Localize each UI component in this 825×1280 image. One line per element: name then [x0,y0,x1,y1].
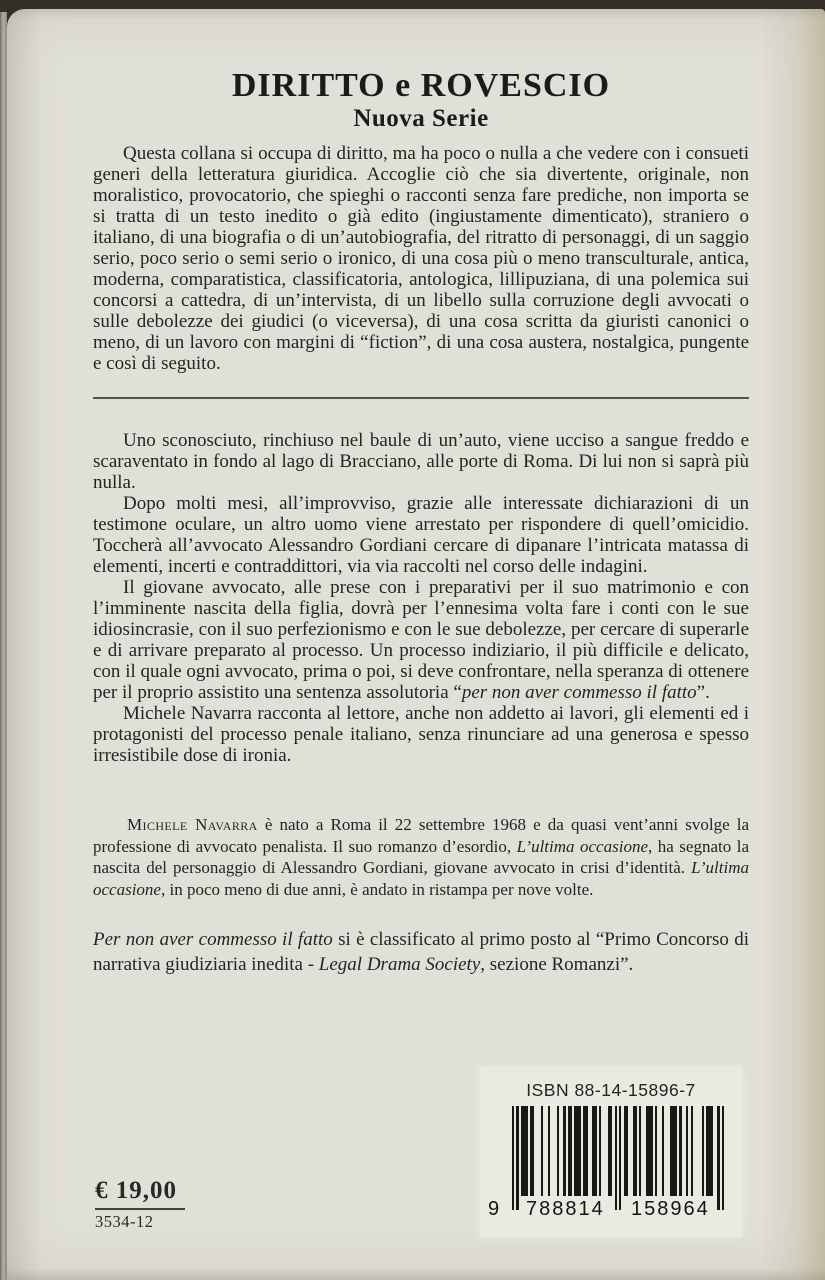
barcode-bar [679,1106,681,1196]
barcode-bar [619,1106,621,1210]
series-header: DIRITTO e ROVESCIO Nuova Serie [93,68,749,134]
award-note: Per non aver commesso il fatto si è clas… [93,927,749,977]
barcode-bar [548,1106,550,1196]
barcode-bar [670,1106,677,1196]
book-back-cover: DIRITTO e ROVESCIO Nuova Serie Questa co… [7,9,825,1280]
barcode-digits-left: 788814 [524,1198,607,1221]
barcode-bar [541,1106,543,1196]
barcode-digits-right: 158964 [629,1198,712,1221]
barcode-bar [530,1106,534,1196]
award-text-2: , sezione Romanzi”. [480,954,633,975]
award-book-title: Per non aver commesso il fatto [93,929,333,950]
author-name: Michele Navarra [127,815,258,834]
author-bio: Michele Navarra è nato a Roma il 22 sett… [93,814,749,901]
series-blurb-paragraph: Questa collana si occupa di diritto, ma … [93,143,749,374]
series-subtitle: Nuova Serie [93,104,749,134]
barcode-bar [608,1106,612,1196]
barcode-bar [574,1106,581,1196]
barcode-bar [599,1106,601,1196]
price: € 19,00 [95,1178,185,1204]
award-contest-name: Legal Drama Society [319,954,480,975]
barcode-digits: 9 788814 158964 [512,1196,724,1224]
bio-book-title-1: L’ultima occasione [517,837,648,856]
barcode-bar [662,1106,664,1196]
barcode-bar [706,1106,713,1196]
synopsis-paragraph-3: Il giovane avvocato, alle prese con i pr… [93,577,749,703]
series-title: DIRITTO e ROVESCIO [93,68,749,104]
barcode-bar [686,1106,688,1196]
divider-rule [93,397,749,399]
bio-text-3: , in poco meno di due anni, è andato in … [161,880,593,899]
series-blurb: Questa collana si occupa di diritto, ma … [93,143,749,374]
isbn-label: ISBN 88-14-15896-7 [480,1080,742,1101]
price-rule [95,1208,185,1210]
barcode-bar [633,1106,637,1196]
print-code: 3534-12 [95,1212,185,1232]
barcode-bar [655,1106,657,1196]
barcode-bar [557,1106,559,1196]
barcode-bar [583,1106,587,1196]
isbn-barcode-block: ISBN 88-14-15896-7 9 788814 158964 [480,1067,742,1237]
synopsis-paragraph-1: Uno sconosciuto, rinchiuso nel baule di … [93,430,749,493]
book-photo: DIRITTO e ROVESCIO Nuova Serie Questa co… [0,0,825,1280]
synopsis-paragraph-2: Dopo molti mesi, all’improvviso, grazie … [93,493,749,577]
barcode-bar [646,1106,653,1196]
barcode-bar [691,1106,693,1196]
price-block: € 19,00 3534-12 [95,1178,185,1232]
barcode-bar [702,1106,704,1196]
barcode-bar [512,1106,514,1210]
barcode-digit-lead: 9 [488,1198,499,1221]
synopsis-p3-closing: ”. [697,682,710,703]
barcode-bars: 9 788814 158964 [512,1106,724,1212]
barcode-bar [624,1106,628,1196]
barcode-bar [592,1106,596,1196]
barcode-bar [639,1106,641,1196]
barcode-bar [563,1106,565,1196]
barcode-bar [615,1106,617,1210]
synopsis-paragraph-4: Michele Navarra racconta al lettore, anc… [93,703,749,766]
barcode-bar [568,1106,572,1196]
synopsis: Uno sconosciuto, rinchiuso nel baule di … [93,430,749,766]
barcode-bar [722,1106,724,1210]
barcode-bar [521,1106,528,1196]
synopsis-p3-book-title: per non aver commesso il fatto [462,682,697,703]
barcode-bar [516,1106,518,1210]
barcode-bar [717,1106,719,1210]
